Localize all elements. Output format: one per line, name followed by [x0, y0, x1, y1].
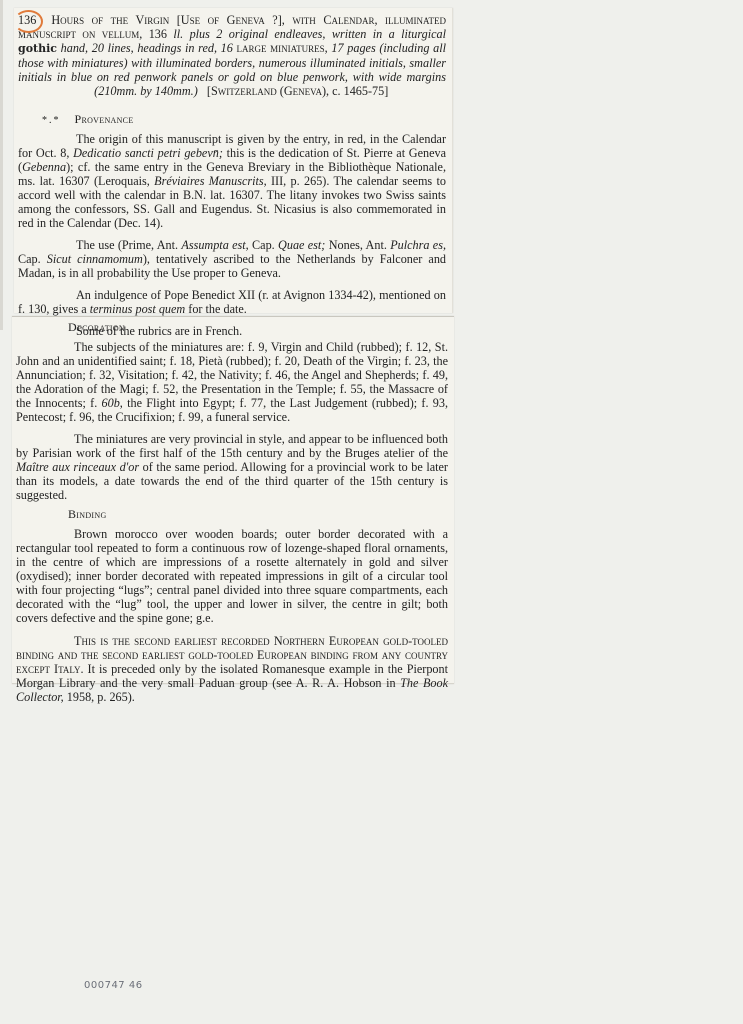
- gothic-word: gothic: [18, 42, 57, 55]
- asterism-icon: *.*: [42, 115, 61, 126]
- provenance-paragraph-2: The use (Prime, Ant. Assumpta est, Cap. …: [18, 238, 446, 280]
- decoration-paragraph-1: The subjects of the miniatures are: f. 9…: [16, 340, 448, 424]
- binding-heading: Binding: [68, 507, 107, 521]
- decoration-heading: Decoration: [68, 320, 125, 334]
- decoration-paragraph-2: The miniatures are very provincial in st…: [16, 432, 448, 502]
- provenance-heading: Provenance: [75, 112, 134, 126]
- provenance-paragraph-1: The origin of this manuscript is given b…: [18, 132, 446, 230]
- inventory-stamp: 000747 46: [84, 980, 143, 991]
- scan-edge: [0, 0, 3, 330]
- dimensions: (210mm. by 140mm.): [94, 84, 198, 98]
- decoration-section: Decoration The subjects of the miniature…: [16, 320, 448, 502]
- lot-number: 136: [18, 13, 36, 27]
- entry-header: 136 Hours of the Virgin [Use of Geneva ?…: [18, 13, 446, 98]
- lot-circle-mark: [14, 10, 43, 33]
- binding-paragraph-1: Brown morocco over wooden boards; outer …: [16, 527, 448, 625]
- provenance-section: *.*Provenance The origin of this manuscr…: [18, 112, 446, 338]
- binding-section: Binding Brown morocco over wooden boards…: [16, 507, 448, 704]
- provenance-paragraph-3: An indulgence of Pope Benedict XII (r. a…: [18, 288, 446, 316]
- binding-paragraph-2: This is the second earliest recorded Nor…: [16, 634, 448, 704]
